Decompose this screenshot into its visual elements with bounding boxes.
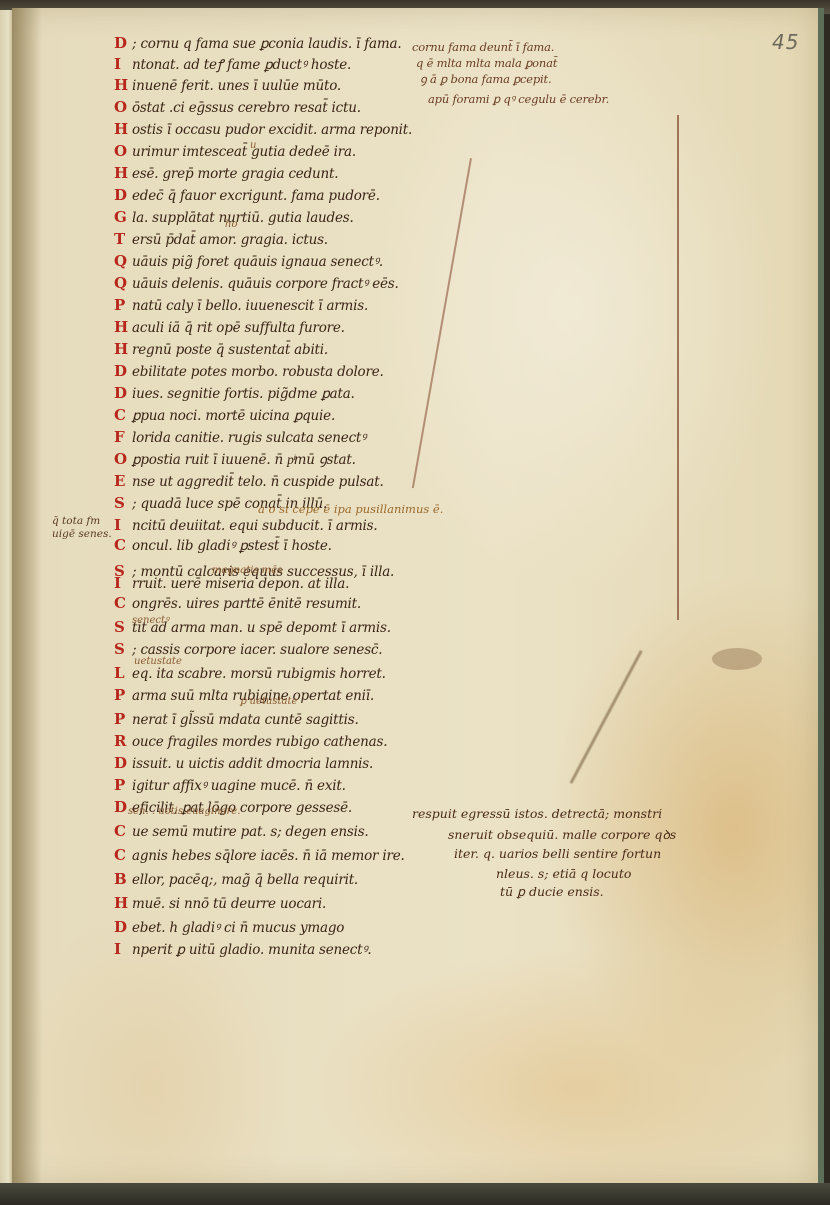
text-line: Haculi iā q̄ rit opē suffulta furore. xyxy=(114,318,345,336)
gloss-bottom-line: respuit egressū istos. detrectā; monstri xyxy=(412,806,662,821)
rubric-initial: R xyxy=(114,732,128,750)
text-line: Pnerat ī gl̃ssū mdata cuntē sagittis. xyxy=(114,710,359,728)
line-text: iues. segnitie fortis. pig̃dme ꝑata. xyxy=(132,386,355,402)
text-line: Congrēs. uires parttē ēnitē resumit. xyxy=(114,594,361,612)
text-line: Hesē. grep̄ morte gragia cedunt. xyxy=(114,164,338,182)
line-text: regnū poste q̄ sustentat̄ abiti. xyxy=(132,342,328,358)
left-margin-note-line: uigē senes. xyxy=(52,528,112,541)
text-line: Bellor, pacēq;, mag̃ q̄ bella requirit. xyxy=(114,870,358,888)
text-line: Ourimur imtesceat̄ gutia dedeē ira. xyxy=(114,142,356,160)
rubric-initial: H xyxy=(114,340,128,358)
line-text: nerat ī gl̃ssū mdata cuntē sagittis. xyxy=(132,712,359,728)
line-text: eq. ita scabre. morsū rubigmis horret. xyxy=(132,666,386,682)
text-line: Diues. segnitie fortis. pig̃dme ꝑata. xyxy=(114,384,355,402)
text-line: Tersū p̄dat̄ amor. gragia. ictus. xyxy=(114,230,328,248)
rubric-initial: P xyxy=(114,710,128,728)
text-line: Inperit ꝑ uitū gladio. munita senectꝰ. xyxy=(114,940,371,958)
rubric-initial: C xyxy=(114,846,128,864)
parchment-blot-stain xyxy=(712,648,762,670)
line-text: ncitū deuiitat. equi subducit. ī armis. xyxy=(132,518,378,534)
text-line: Oꝑpostia ruit ī iuuenē. n̄ pͥmū ꝯstat. xyxy=(114,450,356,468)
gloss-top-line: ꝯ ā ꝑ bona fama ꝑcepit. xyxy=(420,72,551,87)
line-text: ouce fragiles mordes rubigo cathenas. xyxy=(132,734,387,750)
line-text: uāuis delenis. quāuis corpore fractꝰ eēs… xyxy=(132,276,399,292)
line-text: ostis ī occasu pudor excidit. arma repon… xyxy=(132,122,412,138)
line-text: inuenē ferit. unes ī uulūe mūto. xyxy=(132,78,341,94)
rubric-initial: D xyxy=(114,34,128,52)
line-text: lorida canitie. rugis sulcata senectꝰ xyxy=(132,430,366,446)
gloss-bottom-line: tū ꝑ ducie ensis. xyxy=(500,884,604,899)
interlinear-gloss: uetustate xyxy=(134,656,182,667)
rubric-initial: O xyxy=(114,142,128,160)
rubric-initial: D xyxy=(114,754,128,772)
line-text: ersū p̄dat̄ amor. gragia. ictus. xyxy=(132,232,328,248)
interlinear-gloss: ho xyxy=(225,219,237,230)
folio-number: 45 xyxy=(772,30,799,54)
rubric-initial: C xyxy=(114,536,128,554)
text-line: Cꝑpua noci. mortē uicina ꝑquie. xyxy=(114,406,335,424)
interlinear-gloss: ꝑ uetustate xyxy=(240,696,297,707)
rubric-initial: D xyxy=(114,798,128,816)
text-line: Cagnis hebes sq̄lore iacēs. n̄ iā memor … xyxy=(114,846,405,864)
text-line: Quāuis delenis. quāuis corpore fractꝰ eē… xyxy=(114,274,399,292)
line-text: natū caly ī bello. iuuenescit ī armis. xyxy=(132,298,368,314)
line-text: nse ut aggredit̄ telo. n̄ cuspide pulsat… xyxy=(132,474,384,490)
rubric-initial: F xyxy=(114,428,128,446)
rubric-initial: E xyxy=(114,472,128,490)
rubric-initial: S xyxy=(114,618,128,636)
line-text: oncul. lib gladiꝰ ꝑstest̄ ī hoste. xyxy=(132,538,332,554)
gloss-bottom-line: sneruit obsequiū. malle corpore qꝺs xyxy=(448,826,676,843)
line-text: ebilitate potes morbo. robusta dolore. xyxy=(132,364,384,380)
interlinear-gloss: senectꝰ xyxy=(132,612,169,626)
line-text: aculi iā q̄ rit opē suffulta furore. xyxy=(132,320,345,336)
rubric-initial: L xyxy=(114,664,128,682)
text-line: Pnatū caly ī bello. iuuenescit ī armis. xyxy=(114,296,368,314)
rubric-initial: H xyxy=(114,318,128,336)
line-text: uāuis pig̃ foret quāuis ignaua senectꝰ. xyxy=(132,254,383,270)
text-line: Rouce fragiles mordes rubigo cathenas. xyxy=(114,732,387,750)
line-text: ue semū mutire pat. s; degen ensis. xyxy=(132,824,369,840)
line-text: edec̄ q̄ fauor excrigunt. fama pudorē. xyxy=(132,188,380,204)
text-line: Hostis ī occasu pudor excidit. arma repo… xyxy=(114,120,412,138)
gutter-shadow xyxy=(12,8,42,1188)
line-text: ōstat .ci eḡssus cerebro resat̄ ictu. xyxy=(132,100,361,116)
text-line: Debet. h gladiꝰ ci n̄ mucus ymago xyxy=(114,918,344,936)
line-text: ebet. h gladiꝰ ci n̄ mucus ymago xyxy=(132,920,344,936)
text-line: Intonat. ad teꝭ fame ꝑductꝰ hoste. xyxy=(114,55,351,73)
rubric-initial: P xyxy=(114,686,128,704)
text-line: Cue semū mutire pat. s; degen ensis. xyxy=(114,822,369,840)
rubric-initial: Q xyxy=(114,252,128,270)
rubric-initial: D xyxy=(114,186,128,204)
text-line: Debilitate potes morbo. robusta dolore. xyxy=(114,362,384,380)
text-line: Pigitur affixꝰ uagine mucē. n̄ exit. xyxy=(114,776,346,794)
text-line: Hmuē. si nnō tū deurre uocari. xyxy=(114,894,326,912)
rubric-initial: G xyxy=(114,208,128,226)
rubric-initial: C xyxy=(114,822,128,840)
left-margin-note-line: q̄ tota fm xyxy=(52,515,112,528)
text-line: Incitū deuiitat. equi subducit. ī armis. xyxy=(114,516,378,534)
rubric-initial: O xyxy=(114,450,128,468)
interlinear-gloss: magnatis mēs xyxy=(212,565,282,576)
line-text: ntonat. ad teꝭ fame ꝑductꝰ hoste. xyxy=(132,57,351,73)
line-text: igitur affixꝰ uagine mucē. n̄ exit. xyxy=(132,778,346,794)
text-line: Ense ut aggredit̄ telo. n̄ cuspide pulsa… xyxy=(114,472,384,490)
line-text: issuit. u uictis addit dmocria lamnis. xyxy=(132,756,373,772)
text-line: Florida canitie. rugis sulcata senectꝰ xyxy=(114,428,366,446)
line-text: ꝑpostia ruit ī iuuenē. n̄ pͥmū ꝯstat. xyxy=(132,452,356,468)
rubric-initial: H xyxy=(114,120,128,138)
rubric-initial: B xyxy=(114,870,128,888)
binding-bottom-edge xyxy=(0,1183,830,1205)
line-text: la. supplātat nurtiū. gutia laudes. xyxy=(132,210,354,226)
rubric-initial: I xyxy=(114,55,128,73)
rubric-initial: H xyxy=(114,76,128,94)
line-text: muē. si nnō tū deurre uocari. xyxy=(132,896,326,912)
ruling-line-vertical xyxy=(677,115,679,620)
text-line: Dedec̄ q̄ fauor excrigunt. fama pudorē. xyxy=(114,186,380,204)
rubric-initial: H xyxy=(114,894,128,912)
rubric-initial: D xyxy=(114,384,128,402)
rubric-initial: D xyxy=(114,918,128,936)
line-text: ellor, pacēq;, mag̃ q̄ bella requirit. xyxy=(132,872,358,888)
line-text: urimur imtesceat̄ gutia dedeē ira. xyxy=(132,144,356,160)
text-line: Concul. lib gladiꝰ ꝑstest̄ ī hoste. xyxy=(114,536,332,554)
rubric-initial: T xyxy=(114,230,128,248)
line-text: ; cornu q fama sue ꝑconia laudis. ī fama… xyxy=(132,36,401,52)
line-text: esē. grep̄ morte gragia cedunt. xyxy=(132,166,338,182)
rubric-initial: C xyxy=(114,406,128,424)
line-text: tit ad arma man. u spē depomt ī armis. xyxy=(132,620,391,636)
line-text: ongrēs. uires parttē ēnitē resumit. xyxy=(132,596,361,612)
text-line: D; cornu q fama sue ꝑconia laudis. ī fam… xyxy=(114,34,401,52)
text-line: Irruit. uerē miseria depon. at illa. xyxy=(114,574,349,592)
line-text: agnis hebes sq̄lore iacēs. n̄ iā memor i… xyxy=(132,848,405,864)
left-margin-note: q̄ tota fm uigē senes. xyxy=(52,515,112,541)
rubric-initial: D xyxy=(114,362,128,380)
line-text: rruit. uerē miseria depon. at illa. xyxy=(132,576,349,592)
rubric-initial: P xyxy=(114,296,128,314)
rubric-initial: S xyxy=(114,494,128,512)
rubric-initial: H xyxy=(114,164,128,182)
gloss-bottom-line: nleus. s; etiā q locuto xyxy=(496,866,631,881)
rubric-initial: S xyxy=(114,640,128,658)
rubric-initial: P xyxy=(114,776,128,794)
line-text: nperit ꝑ uitū gladio. munita senectꝰ. xyxy=(132,942,371,958)
text-line: Dissuit. u uictis addit dmocria lamnis. xyxy=(114,754,373,772)
text-line: Hinuenē ferit. unes ī uulūe mūto. xyxy=(114,76,341,94)
text-line: Oōstat .ci eḡssus cerebro resat̄ ictu. xyxy=(114,98,361,116)
rubric-initial: I xyxy=(114,574,128,592)
gloss-top-line: cornu fama deunt̄ ī fama. xyxy=(412,40,554,54)
rubric-initial: C xyxy=(114,594,128,612)
rubric-initial: I xyxy=(114,516,128,534)
text-line: Hregnū poste q̄ sustentat̄ abiti. xyxy=(114,340,328,358)
interlinear-gloss: a o si cepe ē ipa pusillanimus ē. xyxy=(258,502,443,516)
rubric-initial: I xyxy=(114,940,128,958)
gloss-top-line: q ē mlta mlta mala ꝑonat̄ xyxy=(416,56,557,70)
rubric-initial: Q xyxy=(114,274,128,292)
interlinear-gloss: sen. . uotis euaginare. xyxy=(128,806,240,817)
interlinear-gloss: u xyxy=(250,140,256,151)
gloss-bottom-line: iter. q. uarios belli sentire fortun xyxy=(454,846,661,861)
line-text: ꝑpua noci. mortē uicina ꝑquie. xyxy=(132,408,335,424)
text-line: Quāuis pig̃ foret quāuis ignaua senectꝰ. xyxy=(114,252,383,270)
rubric-initial: O xyxy=(114,98,128,116)
gloss-top-line: apū forami ꝑ qꝰ cegulu ē cerebr. xyxy=(428,92,609,107)
